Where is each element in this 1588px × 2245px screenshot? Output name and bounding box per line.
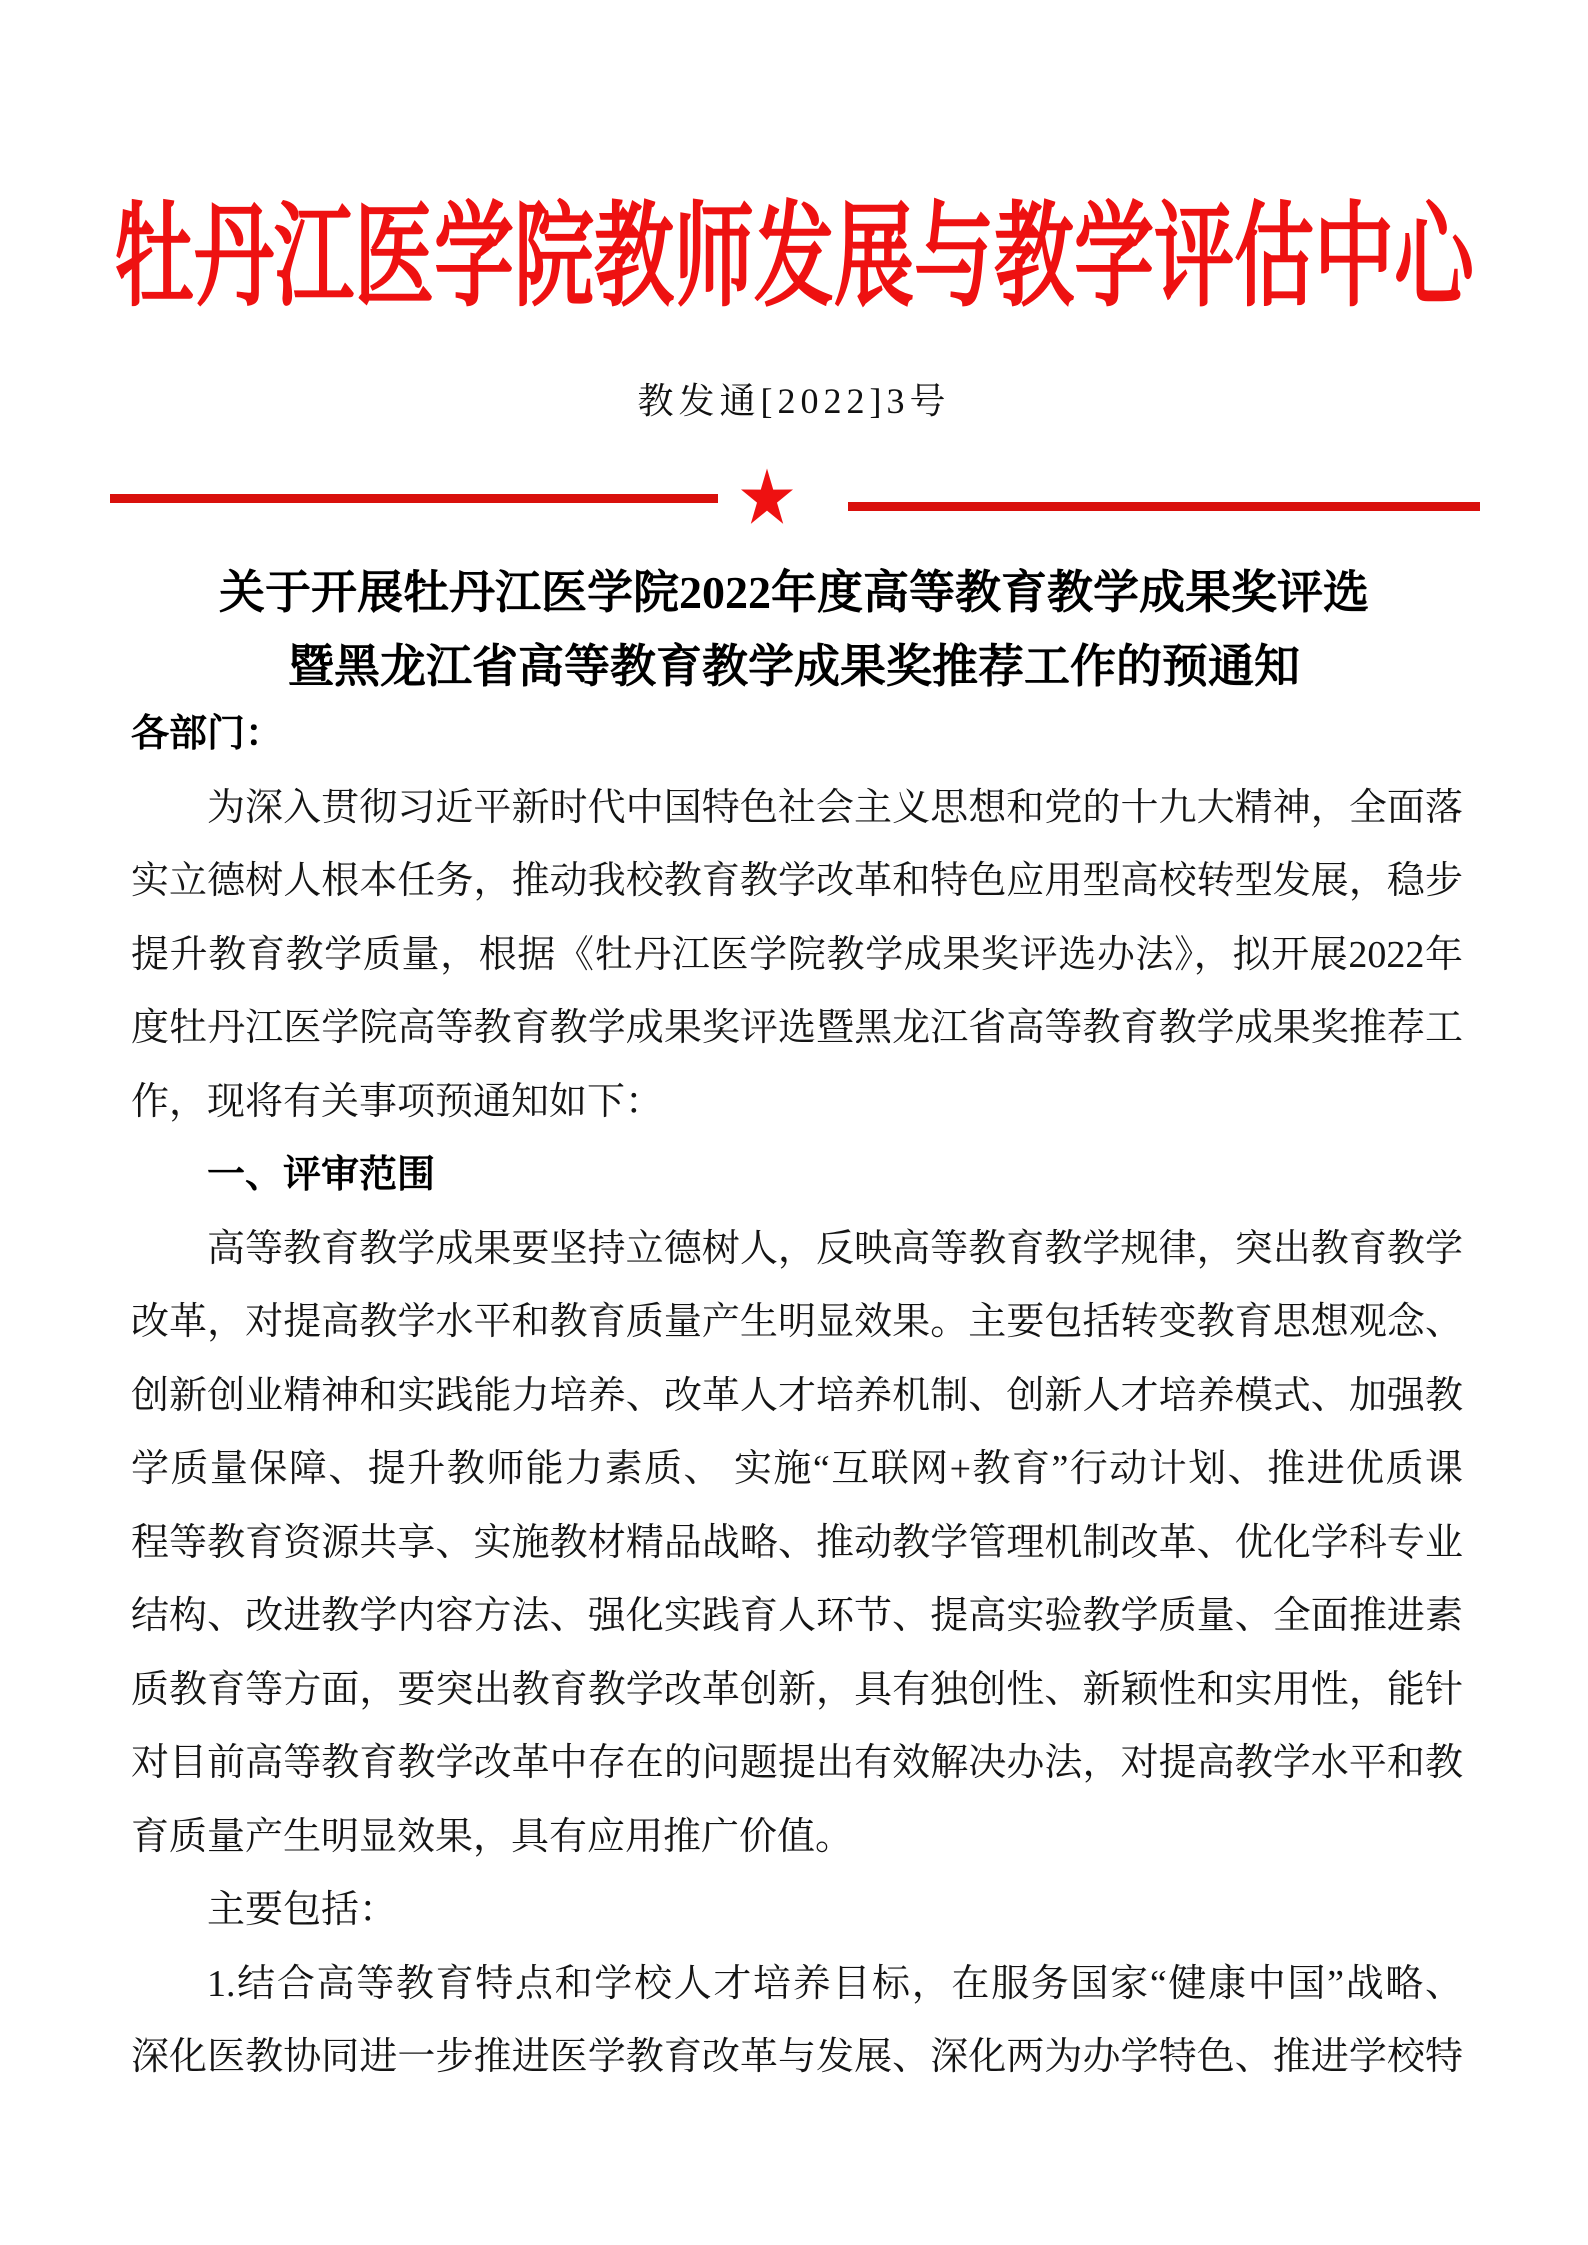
paragraph-line: 改革，对提高教学水平和教育质量产生明显效果。主要包括转变教育思想观念、 [131, 1286, 1463, 1360]
document-body: 各部门： 为深入贯彻习近平新时代中国特色社会主义思想和党的十九大精神，全面落 实… [131, 698, 1463, 2095]
document-page: 牡丹江医学院教师发展与教学评估中心 教发通[2022]3号 关于开展牡丹江医学院… [0, 0, 1588, 2245]
document-title-line-2: 暨黑龙江省高等教育教学成果奖推荐工作的预通知 [0, 630, 1588, 704]
letterhead-title: 牡丹江医学院教师发展与教学评估中心 [0, 202, 1588, 316]
star-icon [741, 466, 793, 528]
paragraph-line: 创新创业精神和实践能力培养、改革人才培养机制、创新人才培养模式、加强教 [131, 1360, 1463, 1434]
document-title: 关于开展牡丹江医学院2022年度高等教育教学成果奖评选 暨黑龙江省高等教育教学成… [0, 556, 1588, 704]
paragraph-line: 学质量保障、提升教师能力素质、 实施“互联网+教育”行动计划、推进优质课 [131, 1433, 1463, 1507]
document-number: 教发通[2022]3号 [0, 382, 1588, 422]
salutation: 各部门： [131, 698, 1463, 772]
paragraph-line: 对目前高等教育教学改革中存在的问题提出有效解决办法，对提高教学水平和教 [131, 1727, 1463, 1801]
paragraph-line: 实立德树人根本任务，推动我校教育教学改革和特色应用型高校转型发展，稳步 [131, 845, 1463, 919]
paragraph-line: 高等教育教学成果要坚持立德树人，反映高等教育教学规律，突出教育教学 [131, 1213, 1463, 1287]
paragraph-line: 主要包括： [131, 1874, 1463, 1948]
paragraph-line: 质教育等方面，要突出教育教学改革创新，具有独创性、新颖性和实用性，能针 [131, 1654, 1463, 1728]
divider-line-right [848, 502, 1480, 511]
document-title-line-1: 关于开展牡丹江医学院2022年度高等教育教学成果奖评选 [0, 556, 1588, 630]
list-item-1-line: 深化医教协同进一步推进医学教育改革与发展、深化两为办学特色、推进学校特 [131, 2021, 1463, 2095]
paragraph-line: 育质量产生明显效果，具有应用推广价值。 [131, 1801, 1463, 1875]
paragraph-line: 结构、改进教学内容方法、强化实践育人环节、提高实验教学质量、全面推进素 [131, 1580, 1463, 1654]
paragraph-line: 度牡丹江医学院高等教育教学成果奖评选暨黑龙江省高等教育教学成果奖推荐工 [131, 992, 1463, 1066]
paragraph-line: 为深入贯彻习近平新时代中国特色社会主义思想和党的十九大精神，全面落 [131, 772, 1463, 846]
list-item-1-line: 1.结合高等教育特点和学校人才培养目标，在服务国家“健康中国”战略、 [131, 1948, 1463, 2022]
divider-line-left [110, 494, 718, 503]
paragraph-line: 程等教育资源共享、实施教材精品战略、推动教学管理机制改革、优化学科专业 [131, 1507, 1463, 1581]
paragraph-line: 作，现将有关事项预通知如下： [131, 1066, 1463, 1140]
paragraph-line: 提升教育教学质量，根据《牡丹江医学院教学成果奖评选办法》，拟开展2022年 [131, 919, 1463, 993]
section-heading-1: 一、评审范围 [131, 1139, 1463, 1213]
